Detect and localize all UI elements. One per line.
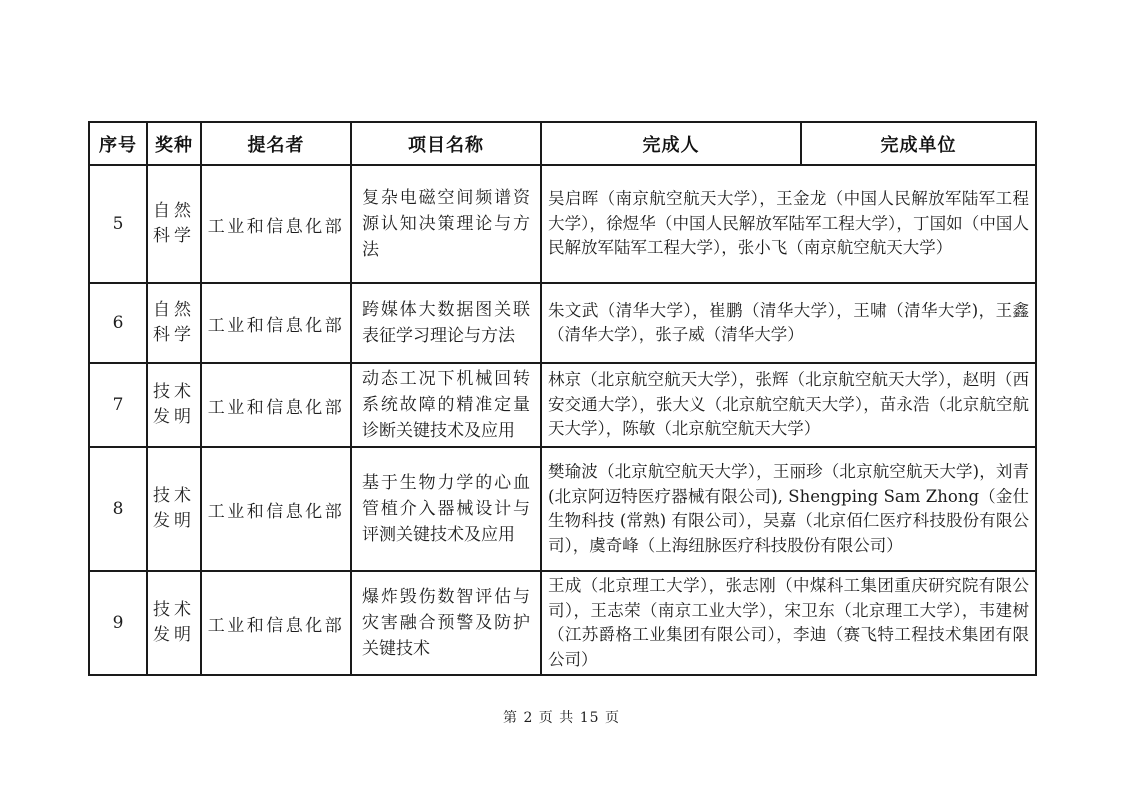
- project-name-cell: 爆炸毁伤数智评估与灾害融合预警及防护关键技术: [351, 571, 541, 675]
- project-name-cell: 基于生物力学的心血管植介入器械设计与评测关键技术及应用: [351, 447, 541, 571]
- row-number-cell: 8: [89, 447, 147, 571]
- page-number-footer: 第 2 页 共 15 页: [0, 707, 1123, 727]
- project-name-cell: 动态工况下机械回转系统故障的精准定量诊断关键技术及应用: [351, 363, 541, 447]
- table-body: 5自然科学工业和信息化部复杂电磁空间频谱资源认知决策理论与方法吴启晖（南京航空航…: [89, 165, 1036, 675]
- completers-cell: 樊瑜波（北京航空航天大学），王丽珍（北京航空航天大学)，刘青(北京阿迈特医疗器械…: [541, 447, 1036, 571]
- completers-cell: 朱文武（清华大学），崔鹏（清华大学），王啸（清华大学)，王鑫（清华大学），张子威…: [541, 283, 1036, 363]
- header-completing-units: 完成单位: [801, 122, 1036, 165]
- award-type-cell: 技术发明: [147, 447, 201, 571]
- row-number-cell: 7: [89, 363, 147, 447]
- completers-cell: 林京（北京航空航天大学），张辉（北京航空航天大学），赵明（西安交通大学），张大义…: [541, 363, 1036, 447]
- header-nominator: 提名者: [201, 122, 351, 165]
- row-number-cell: 5: [89, 165, 147, 283]
- header-project-name: 项目名称: [351, 122, 541, 165]
- award-type-cell: 自然科学: [147, 283, 201, 363]
- header-serial-number: 序号: [89, 122, 147, 165]
- table-header: 序号 奖种 提名者 项目名称 完成人 完成单位: [89, 122, 1036, 165]
- document-page: 序号 奖种 提名者 项目名称 完成人 完成单位 5自然科学工业和信息化部复杂电磁…: [0, 0, 1123, 794]
- nominator-cell: 工业和信息化部: [201, 571, 351, 675]
- completers-cell: 王成（北京理工大学），张志刚（中煤科工集团重庆研究院有限公司），王志荣（南京工业…: [541, 571, 1036, 675]
- project-name-cell: 跨媒体大数据图关联表征学习理论与方法: [351, 283, 541, 363]
- row-number-cell: 6: [89, 283, 147, 363]
- completers-cell: 吴启晖（南京航空航天大学），王金龙（中国人民解放军陆军工程大学），徐煜华（中国人…: [541, 165, 1036, 283]
- nominator-cell: 工业和信息化部: [201, 165, 351, 283]
- project-name-cell: 复杂电磁空间频谱资源认知决策理论与方法: [351, 165, 541, 283]
- table-row: 9技术发明工业和信息化部爆炸毁伤数智评估与灾害融合预警及防护关键技术王成（北京理…: [89, 571, 1036, 675]
- nominator-cell: 工业和信息化部: [201, 363, 351, 447]
- header-award-type: 奖种: [147, 122, 201, 165]
- table-row: 6自然科学工业和信息化部跨媒体大数据图关联表征学习理论与方法朱文武（清华大学），…: [89, 283, 1036, 363]
- award-type-cell: 技术发明: [147, 571, 201, 675]
- award-list-table: 序号 奖种 提名者 项目名称 完成人 完成单位 5自然科学工业和信息化部复杂电磁…: [88, 121, 1037, 676]
- award-type-cell: 自然科学: [147, 165, 201, 283]
- table-header-row: 序号 奖种 提名者 项目名称 完成人 完成单位: [89, 122, 1036, 165]
- table-row: 7技术发明工业和信息化部动态工况下机械回转系统故障的精准定量诊断关键技术及应用林…: [89, 363, 1036, 447]
- nominator-cell: 工业和信息化部: [201, 447, 351, 571]
- award-type-cell: 技术发明: [147, 363, 201, 447]
- table-row: 5自然科学工业和信息化部复杂电磁空间频谱资源认知决策理论与方法吴启晖（南京航空航…: [89, 165, 1036, 283]
- row-number-cell: 9: [89, 571, 147, 675]
- nominator-cell: 工业和信息化部: [201, 283, 351, 363]
- header-completers: 完成人: [541, 122, 801, 165]
- table-row: 8技术发明工业和信息化部基于生物力学的心血管植介入器械设计与评测关键技术及应用樊…: [89, 447, 1036, 571]
